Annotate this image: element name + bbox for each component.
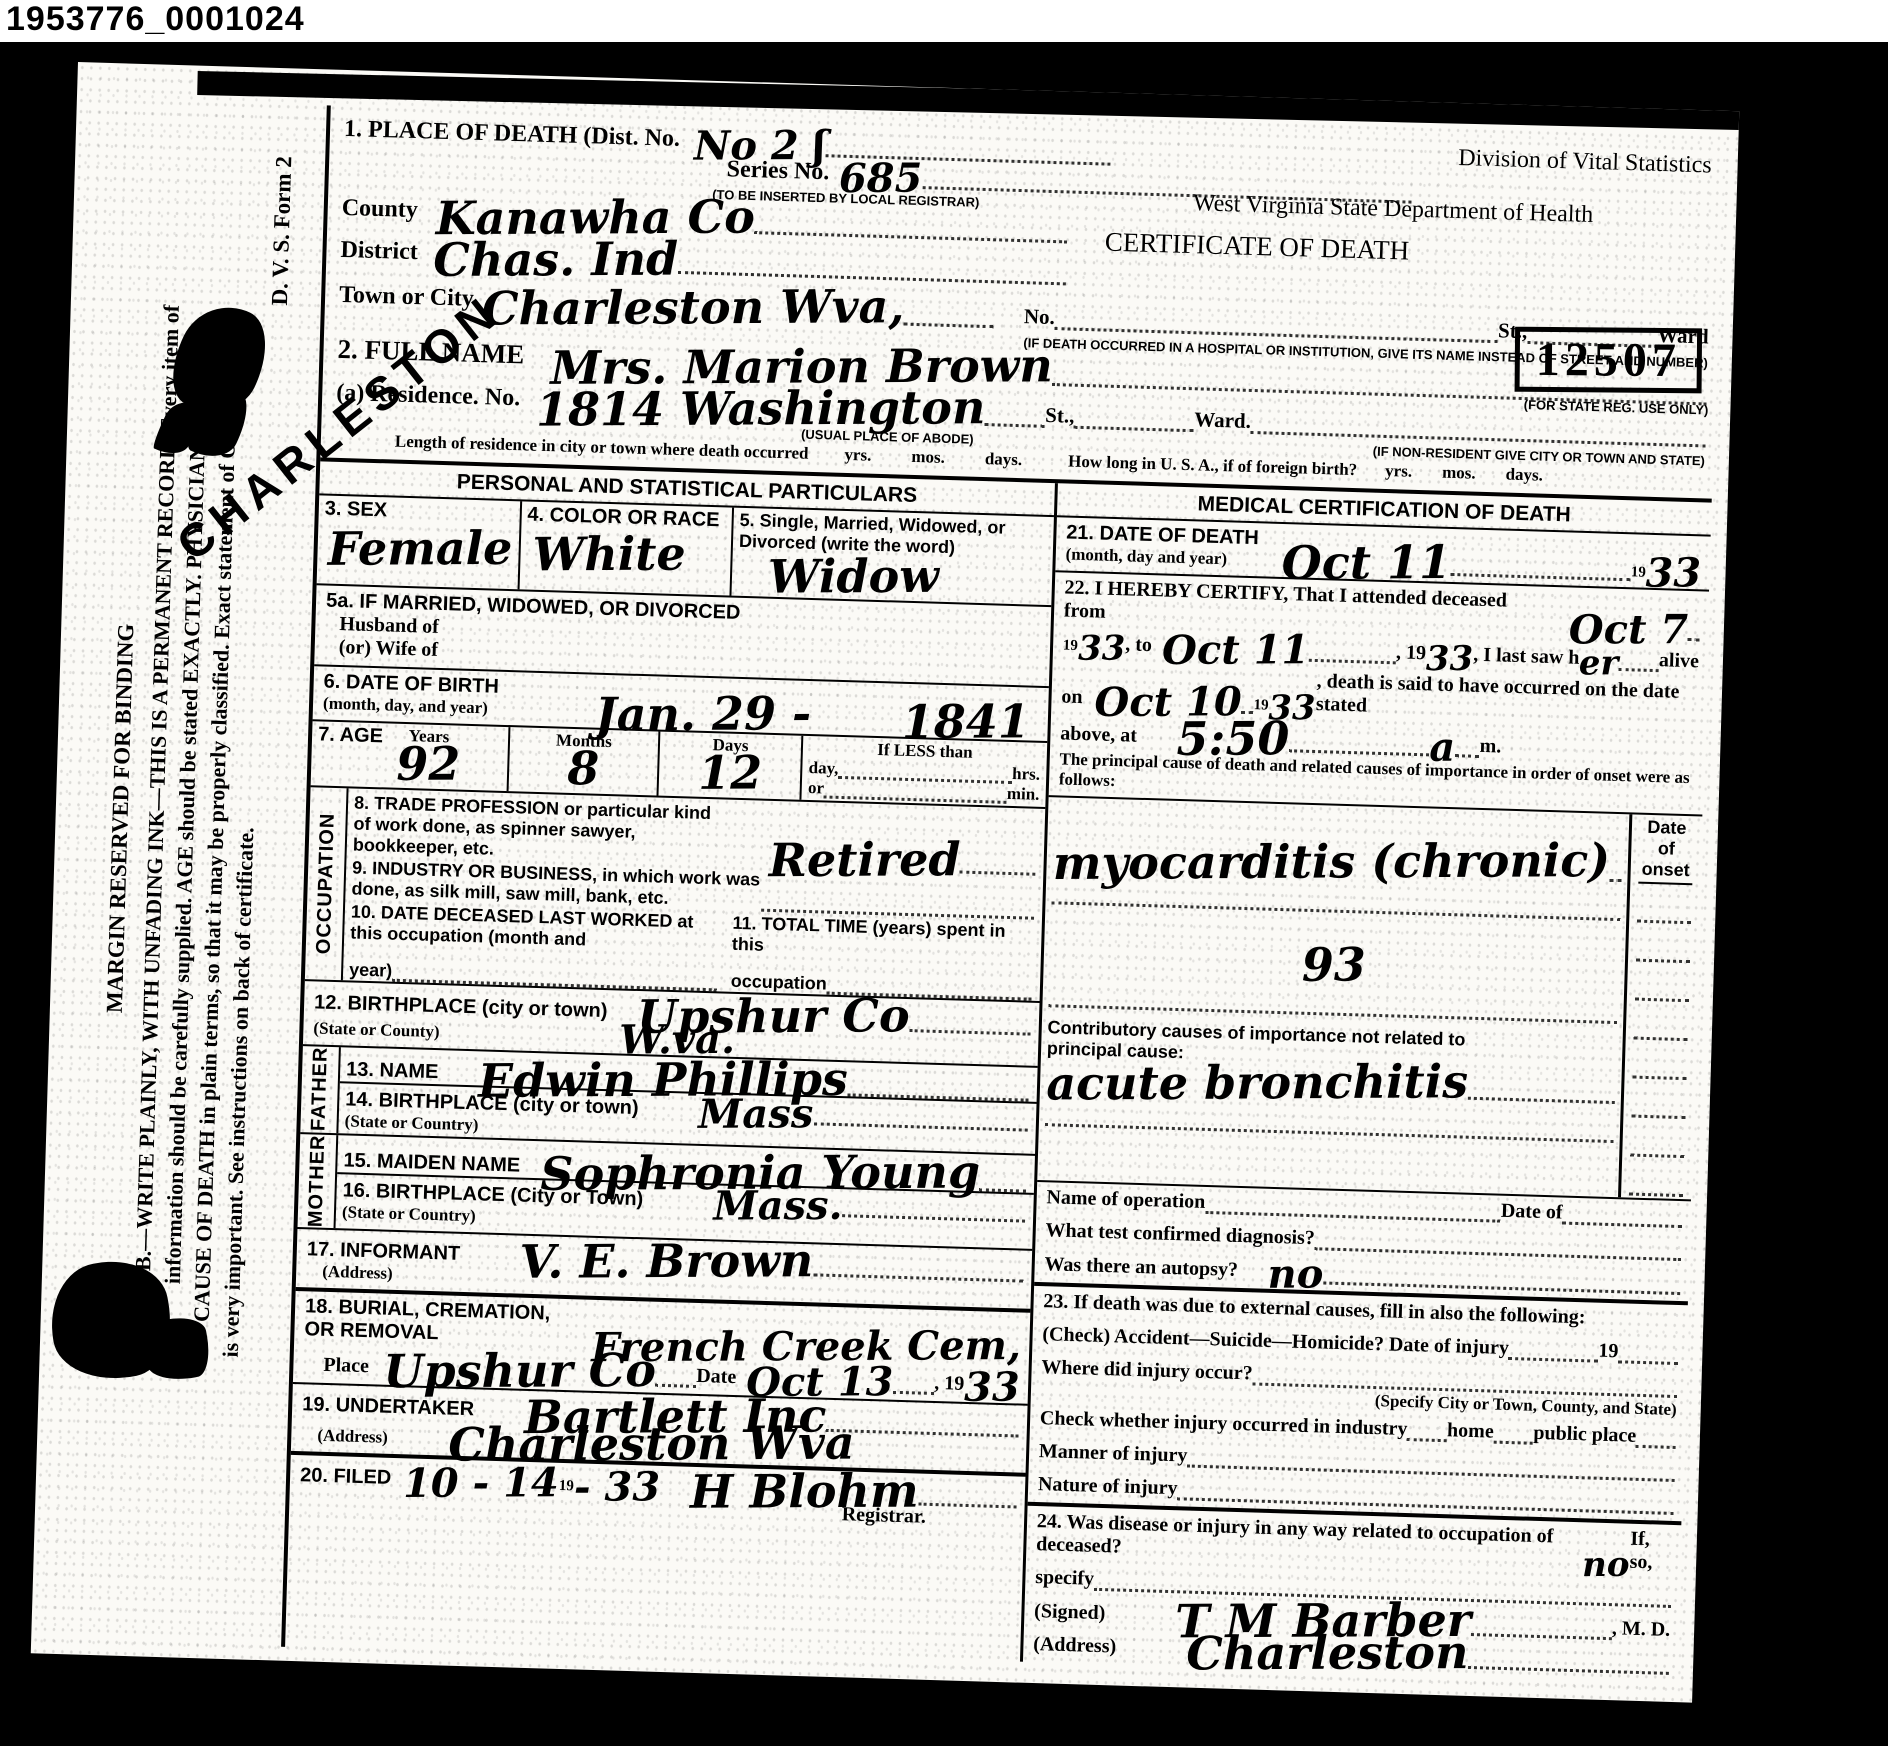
onset-header: Date of onset: [1638, 816, 1694, 885]
filed-year-handwriting: - 33: [574, 1473, 660, 1503]
date-of-onset-box: Date of onset: [1618, 814, 1702, 1199]
informant-handwriting: V. E. Brown: [520, 1243, 814, 1279]
dob-label-block: 6. DATE OF BIRTH (month, day, and year): [323, 671, 597, 722]
blank-line: [1471, 1617, 1613, 1640]
age-months-handwriting: 8: [567, 751, 599, 786]
occupation-side-text: OCCUPATION: [312, 813, 339, 955]
test-label: What test confirmed diagnosis?: [1045, 1219, 1315, 1250]
totaltime-label: 11. TOTAL TIME (years) spent in this: [732, 913, 1034, 964]
medical-column: MEDICAL CERTIFICATION OF DEATH 21. DATE …: [1023, 483, 1712, 1680]
address-handwriting: Charleston: [1186, 1635, 1468, 1671]
autopsy-handwriting: no: [1268, 1259, 1324, 1289]
blank-line: [848, 1077, 1029, 1101]
father-bp-handwriting: Mass: [698, 1099, 813, 1130]
registrar-signature-handwriting: H Blohm: [690, 1473, 919, 1509]
filed-label: 20. FILED: [300, 1464, 392, 1490]
place-of-death-row: 1. PLACE OF DEATH (Dist. No. No 2 ʃ: [344, 116, 1112, 166]
cause-number-handwriting: 93: [1302, 947, 1366, 982]
blank-line: [904, 306, 995, 328]
days-label2: days.: [1505, 465, 1543, 486]
certify-row: 22. I HEREBY CERTIFY, That I attended de…: [1048, 572, 1709, 816]
fullname-label: 2. FULL NAME: [337, 333, 525, 370]
blank-line: [1315, 1231, 1682, 1261]
death-said-label: , death is said to have occurred on the …: [1316, 670, 1699, 727]
related-label: 24. Was disease or injury in any way rel…: [1036, 1510, 1583, 1572]
margin-form-number: D. V. S. Form 2: [267, 156, 297, 306]
margin-binding-note: MARGIN RESERVED FOR BINDING: [102, 623, 140, 1013]
cause-area: myocarditis (chronic) 93 Contributory ca…: [1037, 797, 1702, 1201]
home-label: home: [1447, 1419, 1494, 1443]
contrib-handwriting: acute bronchitis: [1046, 1064, 1468, 1101]
mother-bp-handwriting: Mass.: [713, 1190, 842, 1221]
blank-line: [1407, 1422, 1447, 1442]
age-day-label: day,: [808, 758, 838, 779]
burial-year-handwriting: 33: [964, 1372, 1020, 1402]
certify-33a-handwriting: 33: [1078, 636, 1125, 662]
trade-handwriting: Retired: [768, 842, 960, 878]
marital-cell: 5. Single, Married, Widowed, or Divorced…: [729, 508, 1053, 606]
mos-label2: mos.: [1442, 463, 1476, 484]
place-of-death-label: 1. PLACE OF DEATH (Dist. No.: [344, 116, 681, 153]
public-label: public place: [1533, 1421, 1636, 1447]
blank-line: [1468, 1649, 1670, 1674]
check-label: (Check) Accident—Suicide—Homicide? Date …: [1042, 1323, 1509, 1360]
yrs-label2: yrs.: [1385, 461, 1413, 482]
blank-line: [1074, 410, 1195, 433]
burial-19-label: , 19: [934, 1372, 965, 1396]
certify-19b: , 19: [1396, 641, 1427, 665]
nature-label: Nature of injury: [1038, 1473, 1178, 1500]
dob-year-handwriting: 1841: [901, 704, 1029, 739]
blank-line: [1618, 1344, 1679, 1365]
where-label: Where did injury occur?: [1041, 1356, 1253, 1385]
blank-line: [985, 407, 1046, 428]
manner-label: Manner of injury: [1039, 1440, 1188, 1467]
blank-line: [1187, 1448, 1675, 1481]
personal-column: PERSONAL AND STATISTICAL PARTICULARS 3. …: [285, 461, 1057, 1661]
certify-33b-handwriting: 33: [1426, 646, 1473, 672]
blank-line: [1562, 1205, 1683, 1228]
age-years-cell: 7. AGE Years 92: [311, 721, 509, 791]
external-causes-block: 23. If death was due to external causes,…: [1027, 1285, 1687, 1524]
father-side-text: FATHER: [307, 1047, 332, 1132]
scanned-death-certificate: 1953776_0001024 MARGIN RESERVED FOR BIND…: [0, 0, 1888, 1746]
days-label: days.: [985, 449, 1023, 470]
blank-line: [1451, 557, 1631, 581]
blank-line: [1509, 1341, 1599, 1363]
blank-line: [1323, 1265, 1680, 1295]
certify-19a: 19: [1063, 637, 1078, 654]
m-label: m.: [1479, 734, 1501, 758]
age-hrs-label: hrs.: [1012, 764, 1040, 785]
time-handwriting: 5:50: [1177, 721, 1290, 756]
series-handwriting: 685: [839, 164, 923, 194]
burial-place-handwriting: Upshur Co: [383, 1353, 656, 1389]
occupation-body: 8. TRADE PROFESSION or particular kind o…: [343, 788, 1045, 1001]
check2-label: Check whether injury occurred in industr…: [1040, 1407, 1408, 1441]
dateof-label: Date of: [1501, 1199, 1563, 1224]
district-label: District: [340, 237, 418, 266]
blank-line: [893, 1374, 934, 1394]
lastworked-year-label: year): [349, 959, 393, 981]
blank-line: [918, 1487, 1017, 1509]
certify-to-handwriting: Oct 11: [1162, 635, 1309, 666]
age-or-label: or: [808, 778, 825, 798]
lastworked-label: 10. DATE DECEASED LAST WORKED at this oc…: [350, 901, 719, 954]
am-handwriting: a: [1430, 732, 1456, 762]
residence-st-label: St.,: [1045, 403, 1075, 429]
dod-19-label: 19: [1631, 564, 1646, 581]
blank-line: [1636, 1428, 1676, 1448]
certificate-number: 12507: [1515, 327, 1703, 394]
blank-line: [1493, 1424, 1533, 1444]
age-less-cell: If LESS than day,hrs. ormin.: [800, 736, 1047, 807]
form-header: Division of Vital Statistics West Virgin…: [321, 106, 1723, 491]
age-min-label: min.: [1007, 784, 1040, 805]
related-handwriting: no: [1582, 1553, 1630, 1579]
sex-handwriting: Female: [328, 531, 513, 566]
age-days-cell: Days 12: [656, 732, 801, 800]
blank-line: [1290, 733, 1431, 756]
age-months-cell: Months 8: [506, 727, 658, 795]
form-columns: PERSONAL AND STATISTICAL PARTICULARS 3. …: [285, 457, 1711, 1680]
county-label: County: [341, 194, 418, 223]
blank-line: [1455, 738, 1480, 758]
certify-from-handwriting: Oct 7: [1568, 615, 1688, 646]
county-handwriting: Kanawha Co: [436, 200, 755, 236]
district-no-handwriting: No 2 ʃ: [694, 131, 826, 162]
blank-line: [1688, 622, 1701, 641]
specify-label: specify: [1035, 1566, 1095, 1591]
blank-line: [1205, 1194, 1501, 1222]
certify-lastsaw: , I last saw h: [1473, 644, 1580, 670]
mother-side-label: MOTHER: [298, 1134, 339, 1228]
race-handwriting: White: [532, 537, 685, 572]
residence-label: (a) Residence. No.: [336, 380, 521, 412]
age-label: 7. AGE: [317, 723, 384, 785]
header-right-block: Division of Vital Statistics West Virgin…: [1064, 133, 1722, 275]
mother-body: 15. MAIDEN NAME Sophronia Young 16. BIRT…: [336, 1135, 1035, 1248]
filed-row: 20. FILED 10 - 14 19 - 33 H Blohm Regist…: [289, 1455, 1025, 1538]
signed-label: (Signed): [1034, 1600, 1106, 1625]
age-days-handwriting: 12: [698, 755, 762, 790]
md-label: , M. D.: [1612, 1617, 1671, 1642]
scan-header-strip: 1953776_0001024: [0, 0, 1888, 42]
father-name-label: 13. NAME: [346, 1058, 439, 1084]
residence-ward-label: Ward.: [1194, 407, 1251, 434]
filed-date-handwriting: 10 - 14: [403, 1468, 559, 1499]
injury-19-label: 19: [1598, 1339, 1619, 1363]
certificate-form: Division of Vital Statistics West Virgin…: [281, 105, 1722, 1688]
mos-label: mos.: [911, 447, 945, 468]
undertaker-sub-label: (Address): [317, 1425, 388, 1447]
division-title: Division of Vital Statistics: [1067, 133, 1722, 179]
race-cell: 4. COLOR OR RACE White: [517, 501, 732, 595]
occupation-side-label: OCCUPATION: [305, 787, 349, 980]
blank-line: [754, 215, 1067, 243]
ifso-label: If, so,: [1629, 1527, 1673, 1574]
certify-to-label: , to: [1125, 633, 1152, 657]
cause-handwriting: myocarditis (chronic): [1053, 843, 1610, 880]
certify-on: on: [1061, 685, 1083, 709]
sex-cell: 3. SEX Female: [317, 495, 520, 589]
cause-lines: myocarditis (chronic) 93 Contributory ca…: [1037, 797, 1629, 1197]
autopsy-label: Was there an autopsy?: [1044, 1253, 1238, 1282]
certificate-title: CERTIFICATE OF DEATH: [1064, 225, 1719, 275]
father-side-label: FATHER: [300, 1046, 341, 1134]
certificate-page: MARGIN RESERVED FOR BINDING N. B.—WRITE …: [31, 62, 1739, 1703]
burial-label: 18. BURIAL, CREMATION, OR REMOVAL: [304, 1295, 578, 1349]
blank-line: [979, 1172, 1026, 1192]
age-years-handwriting: 92: [396, 747, 460, 782]
certify-er-handwriting: er: [1579, 651, 1619, 677]
trade-label: 8. TRADE PROFESSION or particular kind o…: [353, 793, 730, 867]
marital-handwriting: Widow: [768, 559, 939, 594]
burial-place-label: Place: [323, 1354, 369, 1378]
mother-side-text: MOTHER: [304, 1134, 330, 1227]
birthplace-state-handwriting: W.va.: [619, 1024, 735, 1055]
blank-line: [960, 855, 1036, 876]
dod-year-handwriting: 33: [1646, 558, 1702, 588]
filed-19-label: 19: [559, 1478, 574, 1495]
town-handwriting: Charleston Wva,: [482, 289, 905, 326]
birthplace-sub-label: (State or County): [313, 1018, 440, 1042]
mother-name-label: 15. MAIDEN NAME: [343, 1149, 520, 1177]
address-label: (Address): [1033, 1633, 1117, 1658]
district-handwriting: Chas. Ind: [434, 241, 679, 277]
undertaker-address-handwriting: Charleston Wva: [448, 1426, 855, 1463]
yrs-label: yrs.: [844, 445, 872, 466]
blank-line: [1619, 652, 1660, 672]
dob-handwriting: Jan. 29 -: [595, 696, 811, 732]
scan-id: 1953776_0001024: [6, 0, 305, 39]
hospital-no-label: No.: [1024, 304, 1056, 330]
dod-handwriting: Oct 11: [1282, 545, 1452, 580]
residence-handwriting: 1814 Washington: [536, 390, 985, 427]
blank-line: [1177, 1481, 1674, 1515]
department-title: West Virginia State Department of Health: [1066, 186, 1721, 232]
blank-line: [1309, 643, 1396, 665]
operation-label: Name of operation: [1046, 1186, 1205, 1214]
occupation-group: OCCUPATION 8. TRADE PROFESSION or partic…: [305, 787, 1045, 1003]
occupation-related-block: 24. Was disease or injury in any way rel…: [1023, 1505, 1682, 1680]
